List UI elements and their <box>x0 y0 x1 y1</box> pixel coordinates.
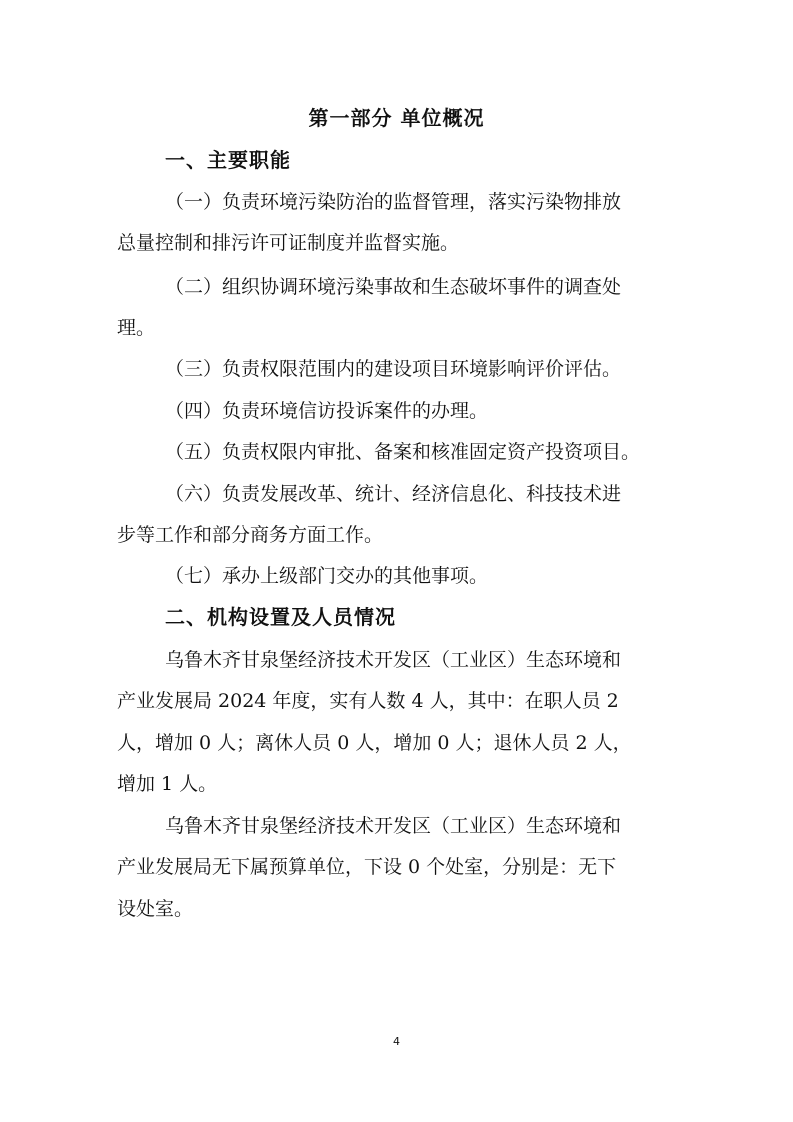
paragraph-line: （二）组织协调环境污染事故和生态破坏事件的调查处 <box>165 272 621 302</box>
paragraph-line: 增加 1 人。 <box>117 769 217 799</box>
paragraph-line: （七）承办上级部门交办的其他事项。 <box>165 561 488 591</box>
paragraph-line: 总量控制和排污许可证制度并监督实施。 <box>117 228 459 258</box>
paragraph-line: （三）负责权限范围内的建设项目环境影响评价评估。 <box>165 354 621 384</box>
section-heading-main-functions: 一、主要职能 <box>165 145 291 175</box>
paragraph-line: 乌鲁木齐甘泉堡经济技术开发区（工业区）生态环境和 <box>165 811 621 841</box>
paragraph-line: 步等工作和部分商务方面工作。 <box>117 520 383 550</box>
paragraph-line: 人，增加 0 人；离休人员 0 人，增加 0 人；退休人员 2 人， <box>117 728 632 758</box>
section-heading-organization: 二、机构设置及人员情况 <box>165 602 396 632</box>
paragraph-line: 设处室。 <box>117 894 193 924</box>
paragraph-line: （六）负责发展改革、统计、经济信息化、科技技术进 <box>165 479 621 509</box>
page-title: 第一部分 单位概况 <box>0 103 793 133</box>
document-page: 第一部分 单位概况 一、主要职能 （一）负责环境污染防治的监督管理，落实污染物排… <box>0 0 793 1122</box>
paragraph-line: 产业发展局无下属预算单位，下设 0 个处室，分别是：无下 <box>117 852 616 882</box>
paragraph-line: 乌鲁木齐甘泉堡经济技术开发区（工业区）生态环境和 <box>165 645 621 675</box>
paragraph-line: （五）负责权限内审批、备案和核准固定资产投资项目。 <box>165 437 640 467</box>
paragraph-line: 理。 <box>117 313 155 343</box>
paragraph-line: （四）负责环境信访投诉案件的办理。 <box>165 396 488 426</box>
paragraph-line: （一）负责环境污染防治的监督管理，落实污染物排放 <box>165 187 621 217</box>
paragraph-line: 产业发展局 2024 年度，实有人数 4 人，其中：在职人员 2 <box>117 686 619 716</box>
page-number: 4 <box>0 1035 793 1048</box>
